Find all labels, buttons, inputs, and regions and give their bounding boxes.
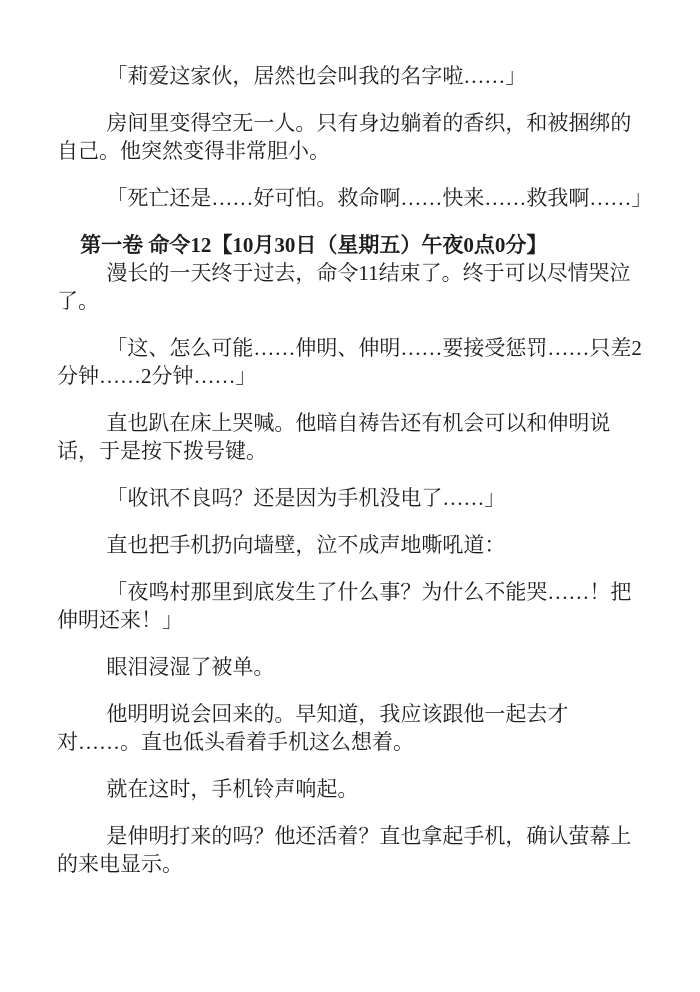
paragraph: 漫长的一天终于过去，命令11结束了。终于可以尽情哭泣了。	[57, 259, 642, 315]
paragraph: 「莉爱这家伙，居然也会叫我的名字啦……」	[57, 62, 642, 90]
paragraph: 「死亡还是……好可怕。救命啊……快来……救我啊……」	[57, 184, 642, 212]
paragraph: 「这、怎么可能……伸明、伸明……要接受惩罚……只差2分钟……2分钟……」	[57, 334, 642, 390]
paragraph: 直也趴在床上哭喊。他暗自祷告还有机会可以和伸明说话，于是按下拨号键。	[57, 409, 642, 465]
paragraph: 是伸明打来的吗？他还活着？直也拿起手机，确认萤幕上的来电显示。	[57, 822, 642, 878]
paragraph: 「收讯不良吗？还是因为手机没电了……」	[57, 484, 642, 512]
novel-page: 「莉爱这家伙，居然也会叫我的名字啦……」 房间里变得空无一人。只有身边躺着的香织…	[0, 0, 700, 992]
chapter-heading: 第一卷 命令12【10月30日（星期五）午夜0点0分】	[57, 231, 642, 259]
paragraph: 房间里变得空无一人。只有身边躺着的香织，和被捆绑的自己。他突然变得非常胆小。	[57, 109, 642, 165]
paragraph: 就在这时，手机铃声响起。	[57, 775, 642, 803]
paragraph: 直也把手机扔向墙壁，泣不成声地嘶吼道：	[57, 531, 642, 559]
paragraph: 「夜鸣村那里到底发生了什么事？为什么不能哭……！把伸明还来！」	[57, 578, 642, 634]
paragraph: 眼泪浸湿了被单。	[57, 653, 642, 681]
paragraph: 他明明说会回来的。早知道，我应该跟他一起去才对……。直也低头看着手机这么想着。	[57, 700, 642, 756]
